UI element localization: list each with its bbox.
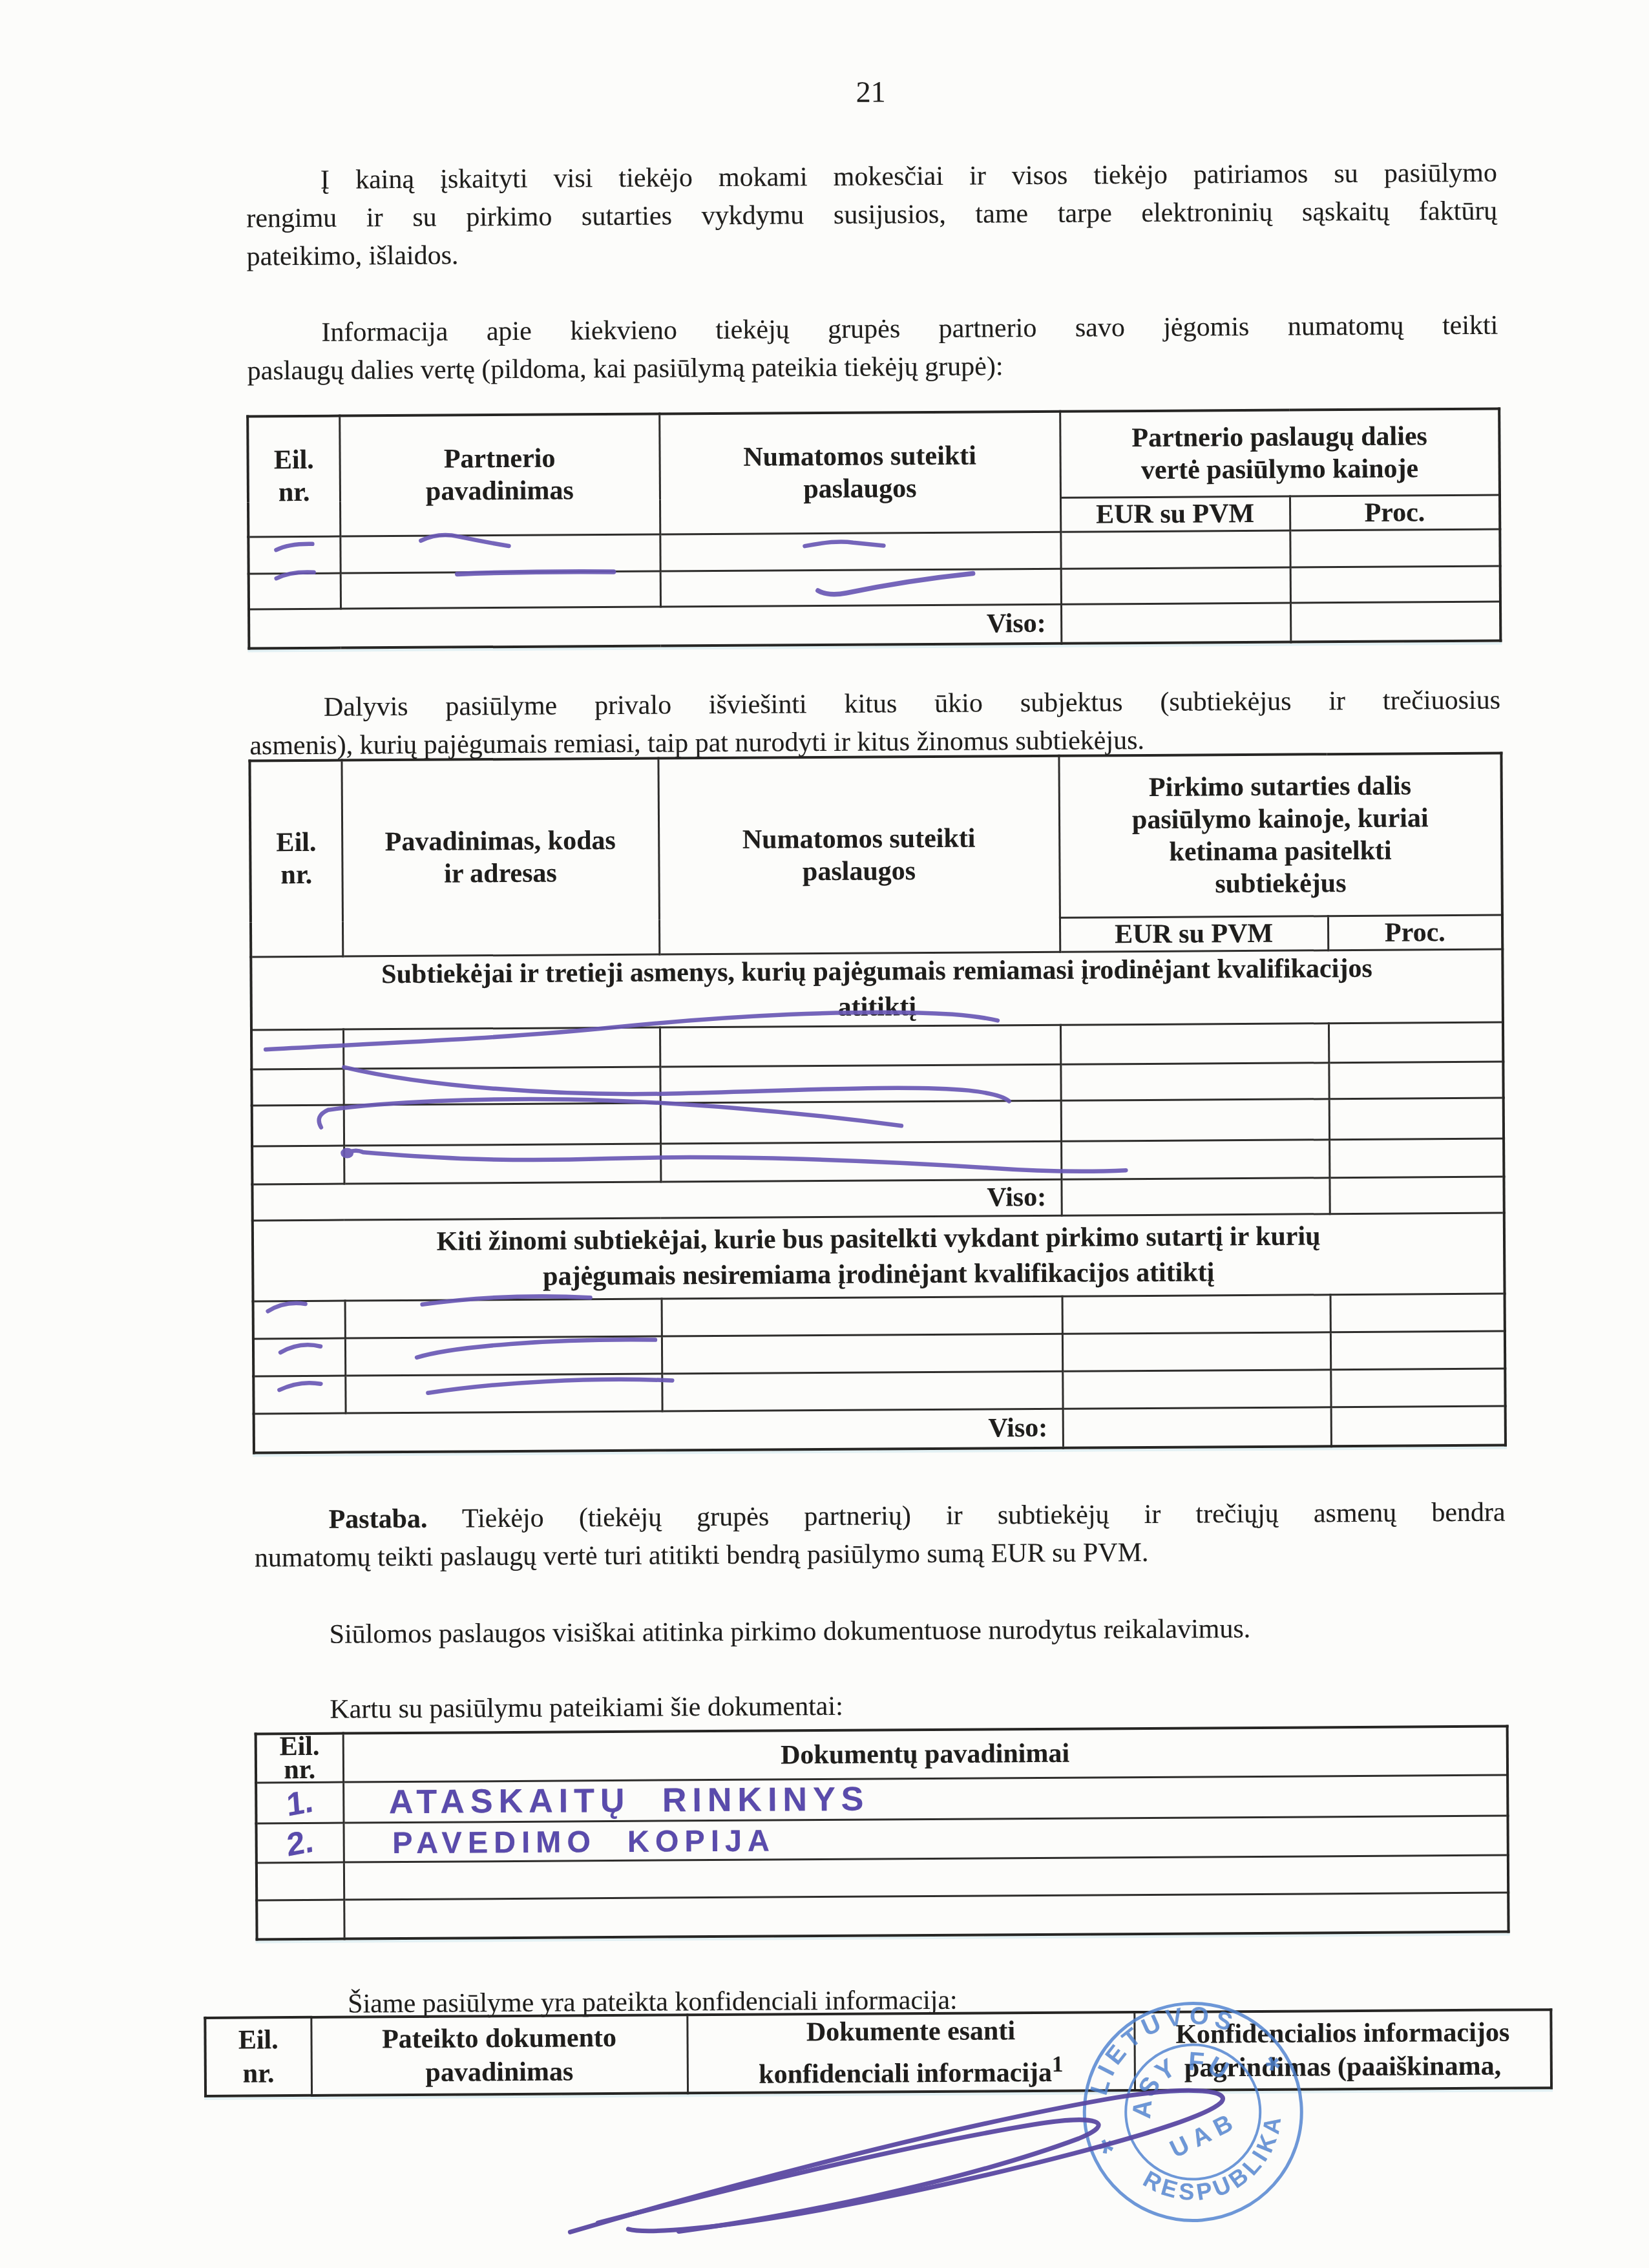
col-header-name-code-address: Pavadinimas, kodas ir adresas — [341, 759, 659, 956]
signature-stroke — [569, 2090, 1224, 2232]
paragraph-line: Pastaba. Tiekėjo (tiekėjų grupės partner… — [254, 1494, 1505, 1540]
paragraph-price-includes: Į kainą įskaityti visi tiekėjo mokami mo… — [246, 154, 1498, 277]
subcontractors-table: Eil. nr. Pavadinimas, kodas ir adresas N… — [248, 752, 1507, 1454]
empty-cell — [662, 1334, 1062, 1374]
table-row — [257, 1893, 1508, 1939]
total-label: Viso: — [252, 1179, 1061, 1221]
paragraph-line: pateikimo, išlaidos. — [247, 231, 1498, 277]
document-name-cell: ATASKAITŲ RINKINYS — [343, 1775, 1507, 1823]
paragraph-partner-info: Informacija apie kiekvieno tiekėjų grupė… — [247, 307, 1498, 391]
footnote-marker: 1 — [1052, 2052, 1064, 2077]
empty-cell — [1329, 1022, 1503, 1063]
empty-cell — [662, 1296, 1062, 1336]
svg-text:RESPUBLIKA: RESPUBLIKA — [1132, 2102, 1308, 2232]
paragraph-line: Informacija apie kiekvieno tiekėjų grupė… — [247, 307, 1498, 353]
confidential-info-line2: konfidenciali informacija — [759, 2058, 1052, 2090]
empty-cell — [344, 1855, 1508, 1900]
empty-cell — [1060, 1023, 1329, 1064]
section-header-row: Subtiekėjai ir tretieji asmenys, kurių p… — [251, 949, 1503, 1030]
empty-cell — [1331, 1406, 1506, 1447]
empty-cell — [340, 534, 660, 573]
empty-cell — [248, 536, 340, 574]
empty-cell — [1062, 1332, 1330, 1371]
empty-cell — [1329, 1139, 1504, 1178]
empty-cell — [1290, 566, 1500, 603]
empty-cell — [345, 1374, 662, 1413]
stamp-star-left: * — [1093, 2130, 1124, 2172]
empty-cell — [1061, 603, 1290, 644]
handwritten-document-name: PAVEDIMO KOPIJA — [392, 1823, 775, 1860]
empty-cell — [660, 1025, 1060, 1067]
empty-cell — [1290, 529, 1500, 567]
col-header-confidential-info: Dokumente esantikonfidenciali informacij… — [687, 2012, 1135, 2093]
empty-cell — [249, 573, 341, 609]
paragraph-line: Dalyvis pasiūlyme privalo išviešinti kit… — [249, 682, 1500, 728]
sentence-services-conform: Siūlomos paslaugos visiškai atitinka pir… — [255, 1609, 1506, 1655]
empty-cell — [345, 1336, 662, 1376]
empty-cell — [251, 1029, 343, 1069]
handwritten-number: 2. — [286, 1822, 315, 1864]
table-total-row: Viso: — [254, 1406, 1506, 1453]
signature — [569, 2090, 1224, 2232]
col-header-eil-nr: Eil. nr. — [247, 416, 340, 537]
col-header-eil-nr: Eil. nr. — [256, 1734, 343, 1783]
empty-cell — [344, 1144, 660, 1184]
row-number-cell: 2. — [257, 1823, 344, 1863]
empty-cell — [660, 532, 1060, 571]
empty-cell — [1063, 1407, 1331, 1448]
empty-cell — [1330, 1294, 1505, 1332]
empty-cell — [253, 1301, 345, 1339]
col-header-proc: Proc. — [1328, 915, 1502, 950]
empty-cell — [253, 1338, 345, 1376]
col-header-eil-nr: Eil. nr. — [249, 761, 342, 957]
col-header-proc: Proc. — [1290, 495, 1500, 530]
total-label: Viso: — [254, 1409, 1063, 1453]
document-name-cell: PAVEDIMO KOPIJA — [343, 1816, 1507, 1862]
empty-cell — [1062, 1294, 1330, 1334]
scanned-document-page: 21 Į kainą įskaityti visi tiekėjo mokami… — [0, 0, 1649, 2268]
table-total-row: Viso: — [249, 602, 1500, 649]
empty-cell — [344, 1893, 1508, 1938]
empty-cell — [257, 1900, 344, 1939]
col-header-services: Numatomos suteikti paslaugos — [658, 756, 1060, 954]
empty-cell — [1290, 602, 1500, 642]
section-header-row: Kiti žinomi subtiekėjai, kurie bus pasit… — [253, 1213, 1505, 1301]
empty-cell — [1060, 530, 1290, 569]
section-title-qualification: Subtiekėjai ir tretieji asmenys, kurių p… — [251, 949, 1503, 1030]
empty-cell — [1329, 1177, 1504, 1214]
table-header-row: Eil. nr. Pateikto dokumento pavadinimas … — [205, 2010, 1551, 2096]
pastaba-label: Pastaba. — [328, 1504, 427, 1535]
empty-cell — [344, 1103, 660, 1146]
page-number: 21 — [246, 71, 1496, 113]
documents-table: Eil. nr. Dokumentų pavadinimai 1. ATASKA… — [255, 1725, 1510, 1940]
stamp-company-type: UAB — [1166, 2107, 1243, 2163]
empty-cell — [1330, 1369, 1505, 1407]
signature-stroke — [597, 2120, 1099, 2232]
table-row: 1. ATASKAITŲ RINKINYS — [256, 1775, 1507, 1823]
paragraph-pastaba: Pastaba. Tiekėjo (tiekėjų grupės partner… — [254, 1494, 1506, 1578]
table-header-row: Eil. nr. Dokumentų pavadinimai — [256, 1727, 1507, 1783]
empty-cell — [345, 1299, 662, 1338]
col-header-eur: EUR su PVM — [1060, 916, 1328, 952]
col-header-document-names: Dokumentų pavadinimai — [343, 1727, 1507, 1783]
empty-cell — [341, 571, 660, 609]
partners-table: Eil. nr. Partnerio pavadinimas Numatomos… — [246, 408, 1502, 650]
empty-cell — [253, 1376, 345, 1414]
col-header-services: Numatomos suteikti paslaugos — [659, 412, 1060, 534]
sentence-attached-documents: Kartu su pasiūlymu pateikiami šie dokume… — [255, 1684, 1506, 1730]
empty-cell — [1329, 1062, 1503, 1099]
empty-cell — [1061, 1098, 1329, 1141]
col-header-justification: Konfidencialios informacijos pagrindimas… — [1134, 2010, 1551, 2090]
col-header-contract-share: Pirkimo sutarties dalis pasiūlymo kainoj… — [1058, 753, 1502, 918]
table-header-row: Eil. nr. Pavadinimas, kodas ir adresas N… — [249, 753, 1502, 923]
empty-cell — [252, 1105, 344, 1146]
empty-cell — [1062, 1369, 1330, 1409]
page-content: 21 Į kainą įskaityti visi tiekėjo mokami… — [0, 0, 1649, 2268]
paragraph-line: numatomų teikti paslaugų vertė turi atit… — [255, 1532, 1506, 1578]
confidential-info-line1: Dokumente esanti — [806, 2016, 1015, 2047]
empty-cell — [343, 1067, 660, 1105]
empty-cell — [662, 1371, 1062, 1411]
confidential-info-table: Eil. nr. Pateikto dokumento pavadinimas … — [204, 2008, 1553, 2097]
empty-cell — [251, 1069, 343, 1106]
empty-cell — [343, 1027, 660, 1069]
paragraph-line: rengimu ir su pirkimo sutarties vykdymu … — [246, 193, 1497, 238]
handwritten-number: 1. — [285, 1781, 314, 1824]
empty-cell — [660, 1100, 1061, 1144]
section-title-other-subcontractors: Kiti žinomi subtiekėjai, kurie bus pasit… — [253, 1213, 1505, 1301]
empty-cell — [1061, 567, 1290, 604]
empty-cell — [252, 1146, 344, 1184]
col-header-submitted-document: Pateikto dokumento pavadinimas — [311, 2015, 688, 2095]
total-label: Viso: — [249, 604, 1061, 649]
col-header-eur: EUR su PVM — [1060, 496, 1290, 532]
empty-cell — [1329, 1098, 1504, 1140]
empty-cell — [1061, 1139, 1329, 1179]
table-row — [252, 1098, 1504, 1146]
col-header-partner-name: Partnerio pavadinimas — [339, 414, 660, 536]
pastaba-text: Tiekėjo (tiekėjų grupės partnerių) ir su… — [462, 1498, 1506, 1534]
empty-cell — [1061, 1177, 1329, 1215]
stamp-ring-bottom-text: RESPUBLIKA — [1132, 2102, 1308, 2232]
empty-cell — [1330, 1331, 1505, 1370]
paragraph-line: paslaugų dalies vertę (pildoma, kai pasi… — [247, 345, 1498, 391]
table-header-row: Eil. nr. Partnerio pavadinimas Numatomos… — [247, 409, 1500, 503]
empty-cell — [257, 1862, 344, 1900]
col-header-partner-value: Partnerio paslaugų dalies vertė pasiūlym… — [1060, 409, 1500, 498]
empty-cell — [660, 569, 1061, 607]
row-number-cell: 1. — [256, 1782, 343, 1823]
empty-cell — [660, 1064, 1060, 1103]
col-header-eil-nr: Eil. nr. — [205, 2017, 311, 2096]
handwritten-document-name: ATASKAITŲ RINKINYS — [389, 1781, 870, 1822]
empty-cell — [1060, 1062, 1329, 1100]
empty-cell — [660, 1141, 1061, 1182]
